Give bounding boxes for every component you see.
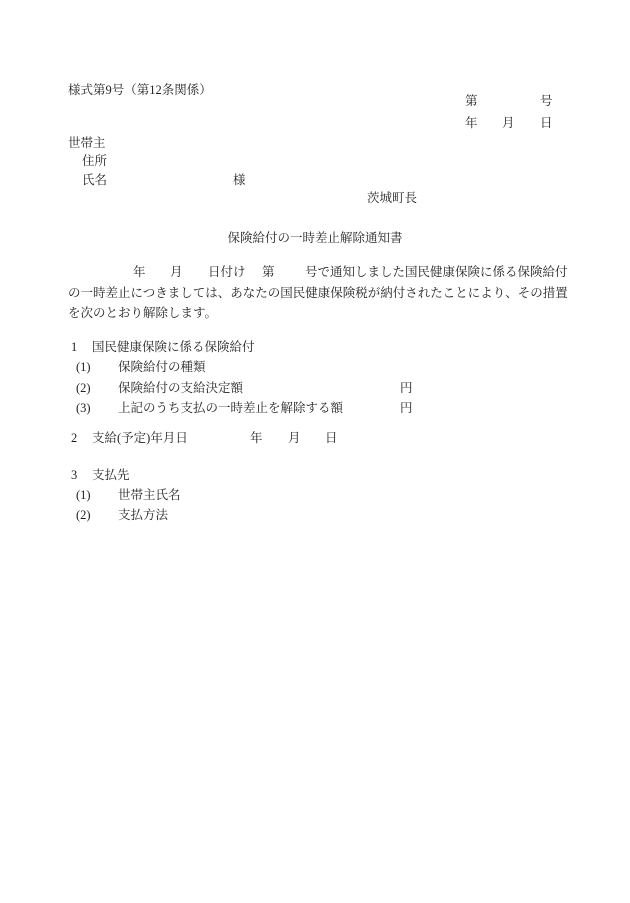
body-line1-date-suffix: 日付け bbox=[208, 265, 246, 280]
section1-item3-label: 上記のうち支払の一時差止を解除する額 bbox=[118, 401, 343, 416]
section1-item1-label: 保険給付の種類 bbox=[118, 360, 206, 375]
section3-item2-label: 支払方法 bbox=[118, 508, 168, 523]
body-line1-month: 月 bbox=[170, 265, 183, 280]
section1-title: 国民健康保険に係る保険給付 bbox=[92, 340, 255, 355]
body-line3: を次のとおり解除します。 bbox=[68, 306, 217, 321]
section1-item2-label: 保険給付の支給決定額 bbox=[118, 381, 243, 396]
section2-number: 2 bbox=[71, 431, 77, 446]
section1-item1-number: (1) bbox=[76, 360, 91, 375]
section1-number: 1 bbox=[71, 340, 77, 355]
section3-title: 支払先 bbox=[92, 468, 130, 483]
address-label: 住所 bbox=[82, 154, 107, 169]
sender-mayor: 茨城町長 bbox=[367, 191, 417, 206]
section3-number: 3 bbox=[71, 468, 77, 483]
section2-day-label: 日 bbox=[325, 431, 338, 446]
doc-number-prefix: 第 bbox=[465, 94, 478, 109]
issue-date-month-label: 月 bbox=[502, 116, 515, 131]
body-line2: の一時差止につきましては、あなたの国民健康保険税が納付されたことにより、その措置 bbox=[68, 286, 568, 301]
section3-item1-label: 世帯主氏名 bbox=[118, 488, 181, 503]
section2-label: 支給(予定)年月日 bbox=[92, 431, 188, 446]
issue-date-year-label: 年 bbox=[465, 116, 478, 131]
body-line1-number-prefix: 第 bbox=[262, 265, 275, 280]
section1-item2-unit-yen: 円 bbox=[400, 381, 413, 396]
householder-label: 世帯主 bbox=[68, 136, 106, 151]
issue-date-day-label: 日 bbox=[540, 116, 553, 131]
section1-item3-number: (3) bbox=[76, 401, 91, 416]
section2-month-label: 月 bbox=[288, 431, 301, 446]
form-number: 様式第9号（第12条関係） bbox=[68, 83, 212, 98]
doc-number-suffix: 号 bbox=[540, 94, 553, 109]
honorific-sama: 様 bbox=[233, 173, 246, 188]
document-title: 保険給付の一時差止解除通知書 bbox=[0, 231, 630, 246]
section1-item2-number: (2) bbox=[76, 381, 91, 396]
section2-year-label: 年 bbox=[250, 431, 263, 446]
name-label: 氏名 bbox=[82, 173, 107, 188]
body-line1-year: 年 bbox=[133, 265, 146, 280]
section3-item1-number: (1) bbox=[76, 488, 91, 503]
body-line1-rest: 号で通知しました国民健康保険に係る保険給付 bbox=[305, 265, 568, 280]
form-page: 様式第9号（第12条関係） 第 号 年 月 日 世帯主 住所 氏名 様 茨城町長… bbox=[0, 0, 630, 903]
section3-item2-number: (2) bbox=[76, 508, 91, 523]
section1-item3-unit-yen: 円 bbox=[400, 401, 413, 416]
